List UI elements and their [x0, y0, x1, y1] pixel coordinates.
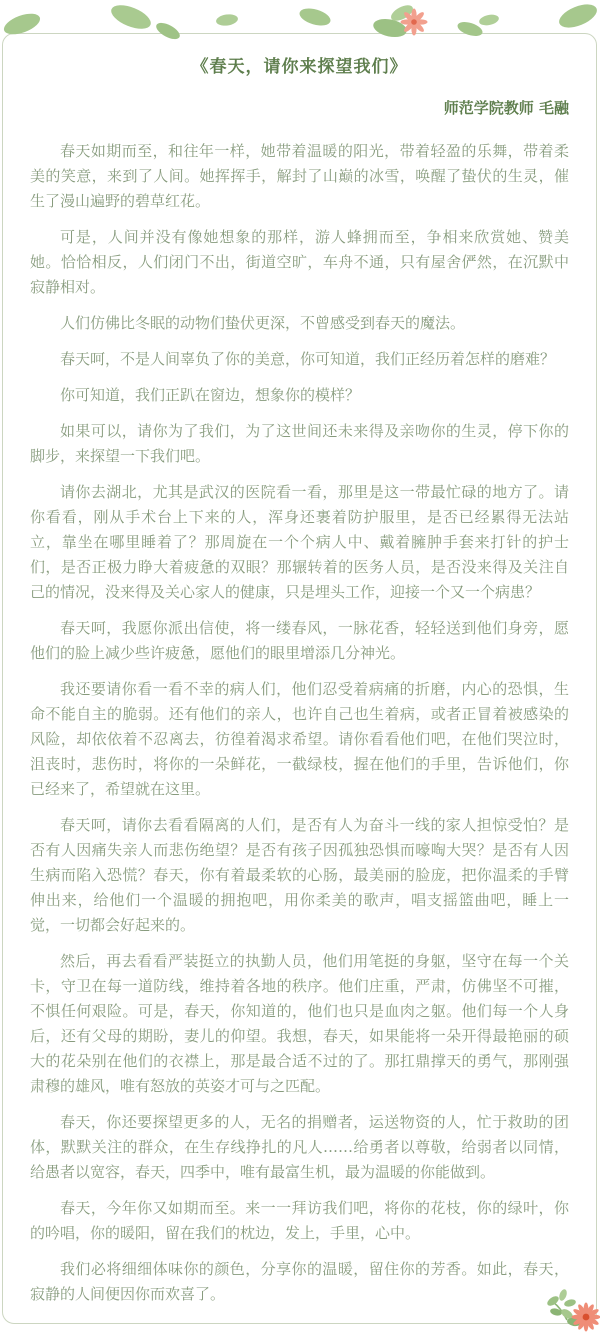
article-card: 《春天，请你来探望我们》 师范学院教师 毛融 春天如期而至，和往年一样，她带着温…: [2, 33, 597, 1324]
article-paragraph: 春天呵，不是人间辜负了你的美意，你可知道，我们正经历着怎样的磨难？: [30, 347, 569, 372]
article-paragraph: 春天呵，请你去看看隔离的人们，是否有人为奋斗一线的家人担惊受怕？是否有人因痛失亲…: [30, 813, 569, 938]
article-paragraph: 我还要请你看一看不幸的病人们，他们忍受着病痛的折磨，内心的恐惧，生命不能自主的脆…: [30, 677, 569, 802]
article-paragraph: 人们仿佛比冬眠的动物们蛰伏更深，不曾感受到春天的魔法。: [30, 311, 569, 336]
article-paragraph: 请你去湖北，尤其是武汉的医院看一看，那里是这一带最忙碌的地方了。请你看看，刚从手…: [30, 480, 569, 605]
article-paragraph: 春天如期而至，和往年一样，她带着温暖的阳光，带着轻盈的乐舞，带着柔美的笑意，来到…: [30, 139, 569, 214]
article-title: 《春天，请你来探望我们》: [30, 55, 569, 79]
article-paragraph: 然后，再去看看严装挺立的执勤人员，他们用笔挺的身躯，坚守在每一个关卡，守卫在每一…: [30, 949, 569, 1099]
flower-icon: [401, 9, 428, 36]
article-paragraph: 可是，人间并没有像她想象的那样，游人蜂拥而至，争相来欣赏她、赞美她。恰恰相反，人…: [30, 225, 569, 300]
article-paragraph: 你可知道，我们正趴在窗边，想象你的模样？: [30, 383, 569, 408]
article-paragraph: 我们必将细细体味你的颜色，分享你的温暖，留住你的芳香。如此，春天，寂静的人间便因…: [30, 1257, 569, 1307]
article-paragraph: 春天，你还要探望更多的人，无名的捐赠者，运送物资的人，忙于救助的团体，默默关注的…: [30, 1110, 569, 1185]
article-paragraph: 春天，今年你又如期而至。来一一拜访我们吧，将你的花枝，你的绿叶，你的吟唱，你的暖…: [30, 1196, 569, 1246]
article-author: 师范学院教师 毛融: [30, 98, 569, 119]
article-page: 《春天，请你来探望我们》 师范学院教师 毛融 春天如期而至，和往年一样，她带着温…: [0, 0, 600, 1338]
article-paragraph: 如果可以，请你为了我们，为了这世间还未来得及亲吻你的生灵，停下你的脚步，来探望一…: [30, 419, 569, 469]
article-body: 春天如期而至，和往年一样，她带着温暖的阳光，带着轻盈的乐舞，带着柔美的笑意，来到…: [30, 139, 569, 1307]
article-paragraph: 春天呵，我愿你派出信使，将一缕春风，一脉花香，轻轻送到他们身旁，愿他们的脸上减少…: [30, 616, 569, 666]
